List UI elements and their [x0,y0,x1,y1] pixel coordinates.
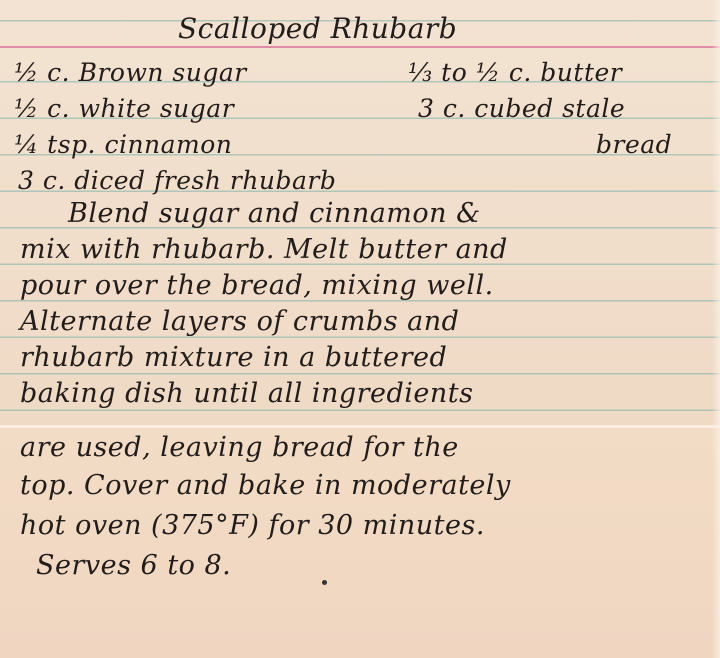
ingredient-brown-sugar: ½ c. Brown sugar [14,58,247,87]
ingredient-cinnamon: ¼ tsp. cinnamon [14,130,232,159]
ingredient-bread-cont: bread [596,130,672,159]
ingredient-butter: ⅓ to ½ c. butter [408,58,622,87]
instruction-line: pour over the bread, mixing well. [20,270,494,301]
instruction-line: Alternate layers of crumbs and [20,306,459,337]
instruction-line: top. Cover and bake in moderately [20,470,511,501]
instruction-line: baking dish until all ingredients [20,378,474,409]
instruction-line: rhubarb mixture in a buttered [20,342,447,373]
ink-dot [322,580,327,585]
instruction-line: Blend sugar and cinnamon & [68,198,481,229]
instruction-line: hot oven (375°F) for 30 minutes. [20,510,485,541]
ingredient-rhubarb: 3 c. diced fresh rhubarb [18,166,336,195]
instruction-line: are used, leaving bread for the [20,432,459,463]
card-edge [712,0,720,658]
recipe-card: Scalloped Rhubarb ½ c. Brown sugar ½ c. … [0,0,720,658]
header-rule [0,46,720,48]
recipe-title: Scalloped Rhubarb [178,12,457,45]
servings: Serves 6 to 8. [36,550,231,581]
ingredient-white-sugar: ½ c. white sugar [14,94,234,123]
instruction-line: mix with rhubarb. Melt butter and [20,234,508,265]
ingredient-bread: 3 c. cubed stale [418,94,625,123]
